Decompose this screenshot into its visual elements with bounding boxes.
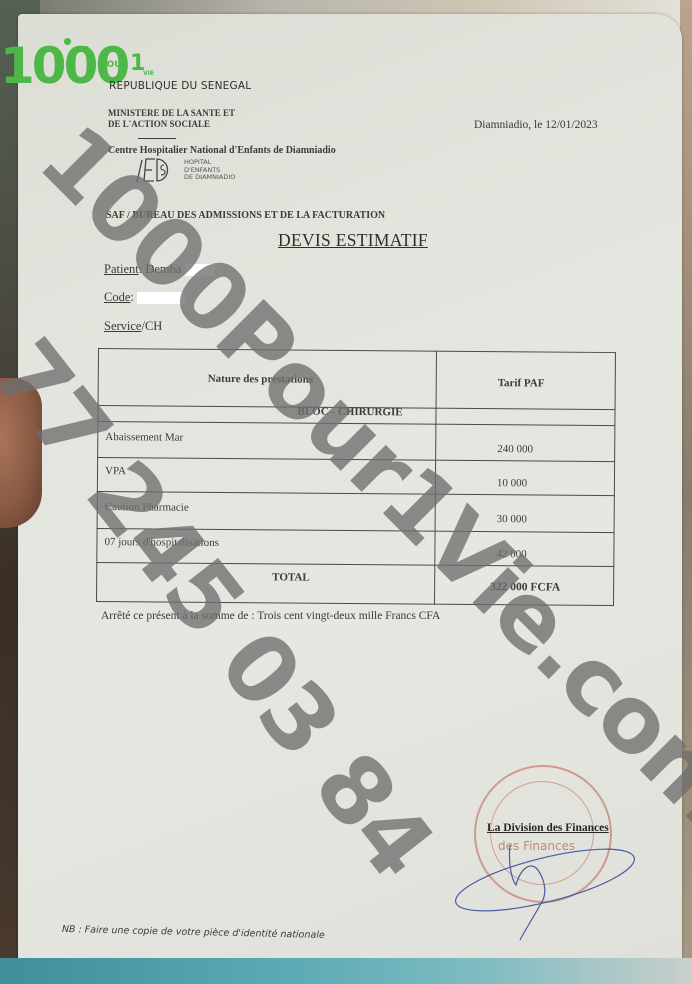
patient-label: Patient bbox=[104, 262, 139, 276]
table-row-label: 07 jours d'hospitalisations bbox=[104, 536, 219, 549]
total-label: TOTAL bbox=[272, 571, 310, 583]
department-heading: SAF / BUREAU DES ADMISSIONS ET DE LA FAC… bbox=[106, 210, 385, 221]
document-date: Diamniadio, le 12/01/2023 bbox=[474, 119, 598, 131]
ministry-line-1: MINISTERE DE LA SANTE ET bbox=[108, 108, 235, 119]
table-row-amount: 42 000 bbox=[496, 548, 526, 560]
logo-vie: VIE bbox=[143, 70, 154, 77]
signature-icon bbox=[450, 840, 650, 950]
amount-in-words: Arrêté ce présent à la somme de : Trois … bbox=[101, 610, 440, 622]
table-row-amount: 240 000 bbox=[497, 443, 533, 455]
divider bbox=[138, 138, 176, 139]
table-row-label: Abaissement Mar bbox=[105, 431, 183, 444]
finance-division-label: La Division des Finances bbox=[487, 822, 609, 834]
ministry-heading: MINISTERE DE LA SANTE ET DE L'ACTION SOC… bbox=[108, 108, 235, 130]
code-label: Code bbox=[104, 290, 130, 304]
redacted-block bbox=[185, 264, 215, 276]
service-value: /CH bbox=[141, 319, 162, 333]
republique-heading: REPUBLIQUE DU SENEGAL bbox=[109, 80, 251, 92]
background-cloth bbox=[0, 958, 692, 984]
hospital-logo-text: HOPITAL D'ENFANTS DE DIAMNIADIO bbox=[184, 159, 235, 182]
section-heading: BLOC - CHIRURGIE bbox=[297, 406, 402, 419]
table-row-label: Caution Pharmacie bbox=[105, 501, 189, 514]
total-amount: 322 000 FCFA bbox=[490, 581, 560, 594]
service-field: Service/CH bbox=[104, 319, 162, 334]
code-field: Code: bbox=[104, 290, 185, 305]
code-value: : bbox=[130, 290, 133, 304]
service-label: Service bbox=[104, 319, 141, 333]
table-row-amount: 10 000 bbox=[497, 477, 527, 489]
logo-pour: POUR bbox=[100, 60, 129, 70]
redacted-block bbox=[137, 292, 185, 304]
thumb-holding-paper bbox=[0, 378, 42, 528]
patient-field: Patient: Demba bbox=[104, 262, 215, 277]
column-header-tariff: Tarif PAF bbox=[498, 377, 545, 389]
hospital-logo-icon bbox=[133, 156, 173, 184]
table-row-label: VPA bbox=[105, 465, 126, 477]
hospital-name: Centre Hospitalier National d'Enfants de… bbox=[108, 145, 336, 156]
estimate-table: Nature des prestations Tarif PAF BLOC - … bbox=[96, 348, 616, 606]
column-header-services: Nature des prestations bbox=[208, 373, 313, 386]
ministry-line-2: DE L'ACTION SOCIALE bbox=[108, 119, 235, 130]
hospital-logo-line-3: DE DIAMNIADIO bbox=[184, 174, 235, 182]
table-row-amount: 30 000 bbox=[497, 513, 527, 525]
patient-value: : Demba bbox=[139, 262, 182, 276]
document-title: DEVIS ESTIMATIF bbox=[278, 230, 428, 251]
